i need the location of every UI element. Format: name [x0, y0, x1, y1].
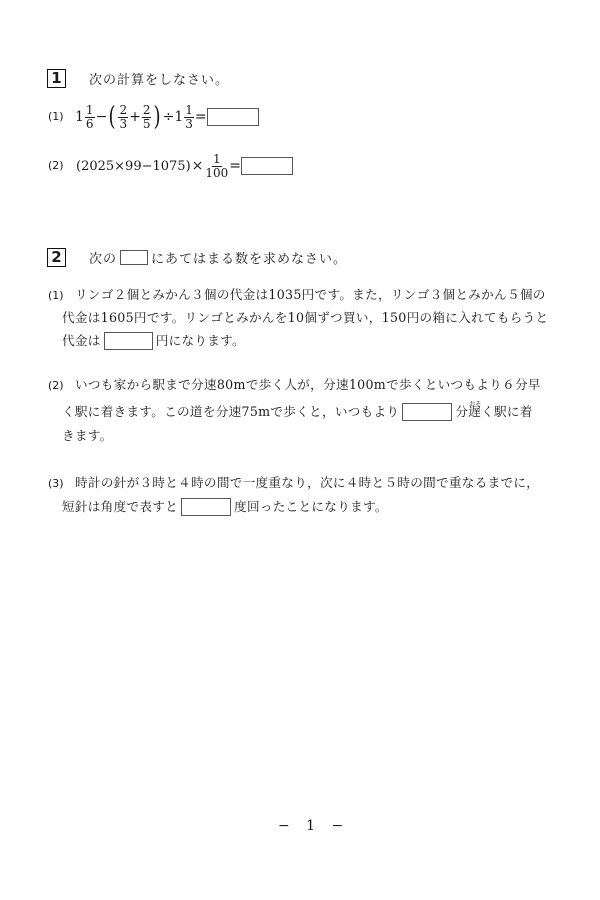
fraction: 16 [85, 104, 95, 131]
equals-sign: = [195, 109, 207, 125]
right-paren: ) [154, 104, 161, 130]
minus-sign: − [96, 109, 108, 125]
answer-box-2-2[interactable] [402, 403, 452, 421]
fraction: 1100 [205, 153, 228, 180]
problem-2-1-line-3: 代金は 円になります。 [62, 332, 245, 350]
section-2-number: 2 [47, 248, 66, 267]
problem-1-1-expression: 1 16 − ( 23 + 25 ) ÷ 1 13 = [75, 97, 259, 137]
whole-number: 1 [174, 109, 183, 125]
problem-2-1-label: (1) [48, 289, 64, 302]
problem-2-3-line-1: 時計の針が３時と４時の間で一度重なり，次に４時と５時の間で重なるまでに， [75, 474, 539, 492]
plus-sign: + [129, 109, 141, 125]
left-paren: ( [109, 104, 116, 130]
answer-box-1-1[interactable] [207, 108, 259, 126]
problem-2-1-line-2: 代金は1605円です。リンゴとみかんを10個ずつ買い，150円の箱に入れてもらう… [62, 309, 548, 327]
problem-1-2-label: (2) [48, 159, 64, 172]
fraction: 23 [118, 104, 128, 131]
problem-2-3-label: (3) [48, 477, 64, 490]
fraction: 13 [184, 104, 194, 131]
answer-box-1-2[interactable] [241, 157, 293, 175]
answer-box-2-3[interactable] [181, 498, 231, 516]
problem-2-3-line-2: 短針は角度で表すと 度回ったことになります。 [62, 498, 388, 516]
whole-number: 1 [75, 109, 84, 125]
fraction: 25 [142, 104, 152, 131]
problem-2-2-line-3: きます。 [62, 427, 113, 445]
answer-box-2-1[interactable] [104, 332, 153, 350]
paren-expression: (2025×99−1075) [76, 159, 191, 174]
problem-1-1-label: (1) [48, 110, 64, 123]
ruby-word: おそ遅 [468, 403, 481, 421]
section-1-instruction: 次の計算をしなさい。 [89, 69, 229, 88]
page-number: − 1 − [278, 818, 349, 834]
problem-2-2-line-1: いつも家から駅まで分速80mで歩く人が，分速100mで歩くといつもより６分早 [75, 376, 541, 394]
section-1-number: 1 [47, 69, 66, 88]
times-sign: × [192, 158, 204, 174]
blank-box-sample [120, 250, 148, 265]
problem-2-1-line-1: リンゴ２個とみかん３個の代金は1035円です。また，リンゴ３個とみかん５個の [75, 286, 546, 304]
divide-sign: ÷ [163, 109, 175, 125]
problem-2-2-label: (2) [48, 379, 64, 392]
equals-sign: = [229, 158, 241, 174]
problem-1-2-expression: (2025×99−1075) × 1100 = [76, 146, 293, 186]
section-2-instruction: 次の にあてはまる数を求めなさい。 [89, 248, 347, 267]
problem-2-2-line-2: く駅に着きます。この道を分速75mで歩くと，いつもより 分 おそ遅 く駅に着 [62, 403, 533, 421]
